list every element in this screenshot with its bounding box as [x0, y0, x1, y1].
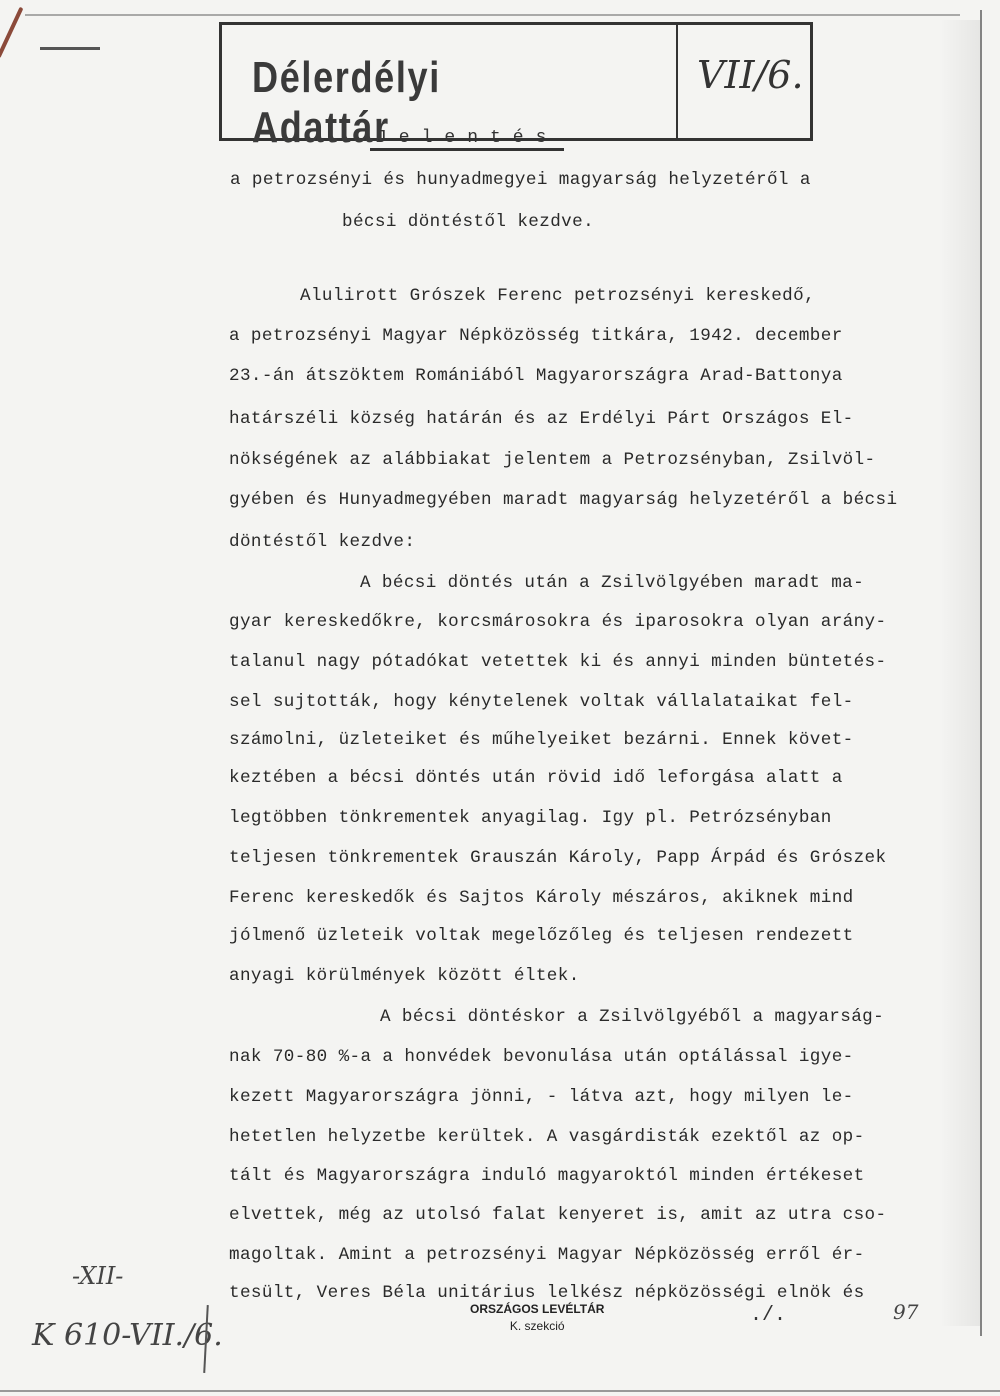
body-line: Alulirott Grószek Ferenc petrozsényi ker… — [300, 286, 815, 306]
stamp-divider — [676, 25, 678, 138]
handwritten-reference: K 610-VII./6. — [32, 1318, 223, 1353]
body-line: nökségének az alábbiakat jelentem a Petr… — [229, 450, 876, 470]
subtitle-line: a petrozsényi és hunyadmegyei magyarság … — [230, 170, 811, 190]
page-edge-bottom — [0, 1390, 1000, 1392]
body-line: keztében a bécsi döntés után rövid idő l… — [229, 768, 843, 788]
stamp-number: VII/6. — [697, 53, 804, 97]
body-line: jólmenő üzleteik voltak megelőzőleg és t… — [229, 926, 854, 946]
body-line: sel sujtották, hogy kénytelenek voltak v… — [229, 692, 854, 712]
handwritten-roman-numeral: -XII- — [72, 1262, 123, 1290]
body-line: kezett Magyarországra jönni, - látva azt… — [229, 1087, 854, 1107]
page-edge — [25, 14, 960, 16]
body-line: gyében és Hunyadmegyében maradt magyarsá… — [229, 490, 897, 510]
body-line: tált és Magyarországra induló magyaroktó… — [229, 1166, 865, 1186]
archive-stamp-section: K. szekció — [470, 1318, 604, 1335]
page-number: 97 — [893, 1300, 918, 1324]
body-line: elvettek, még az utolsó falat kenyeret i… — [229, 1205, 886, 1225]
body-line: gyar kereskedőkre, korcsmárosokra és ipa… — [229, 612, 886, 632]
page-edge-right — [980, 10, 982, 1336]
document-heading: Jelentés — [370, 128, 564, 151]
subtitle-line: bécsi döntéstől kezdve. — [342, 212, 594, 232]
archive-header-stamp: Délerdélyi Adattár VII/6. — [219, 22, 813, 141]
body-line: 23.-án átszöktem Romániából Magyarország… — [229, 366, 843, 386]
body-line: döntéstől kezdve: — [229, 532, 415, 552]
body-line: anyagi körülmények között éltek. — [229, 966, 580, 986]
body-line: tesült, Veres Béla unitárius lelkész nép… — [229, 1283, 865, 1303]
body-line: számolni, üzleteiket és műhelyeiket bezá… — [229, 730, 854, 750]
archive-stamp-name: ORSZÁGOS LEVÉLTÁR — [470, 1301, 604, 1318]
continuation-mark: ./. — [750, 1304, 786, 1327]
body-line: A bécsi döntéskor a Zsilvölgyéből a magy… — [380, 1007, 884, 1027]
body-line: A bécsi döntés után a Zsilvölgyében mara… — [360, 573, 864, 593]
body-line: hetetlen helyzetbe kerültek. A vasgárdis… — [229, 1127, 865, 1147]
body-line: határszéli község határán és az Erdélyi … — [229, 409, 854, 429]
body-line: talanul nagy pótadókat vetettek ki és an… — [229, 652, 886, 672]
page-shadow — [940, 20, 980, 1326]
body-line: legtöbben tönkrementek anyagilag. Igy pl… — [229, 808, 832, 828]
body-line: Ferenc kereskedők és Sajtos Károly mészá… — [229, 888, 854, 908]
body-line: a petrozsényi Magyar Népközösség titkára… — [229, 326, 843, 346]
body-line: teljesen tönkrementek Grauszán Károly, P… — [229, 848, 886, 868]
dash-mark — [40, 47, 100, 50]
body-line: magoltak. Amint a petrozsényi Magyar Nép… — [229, 1245, 865, 1265]
national-archives-stamp: ORSZÁGOS LEVÉLTÁR K. szekció — [470, 1301, 604, 1335]
body-line: nak 70-80 %-a a honvédek bevonulása után… — [229, 1047, 854, 1067]
staple-mark — [0, 7, 23, 59]
